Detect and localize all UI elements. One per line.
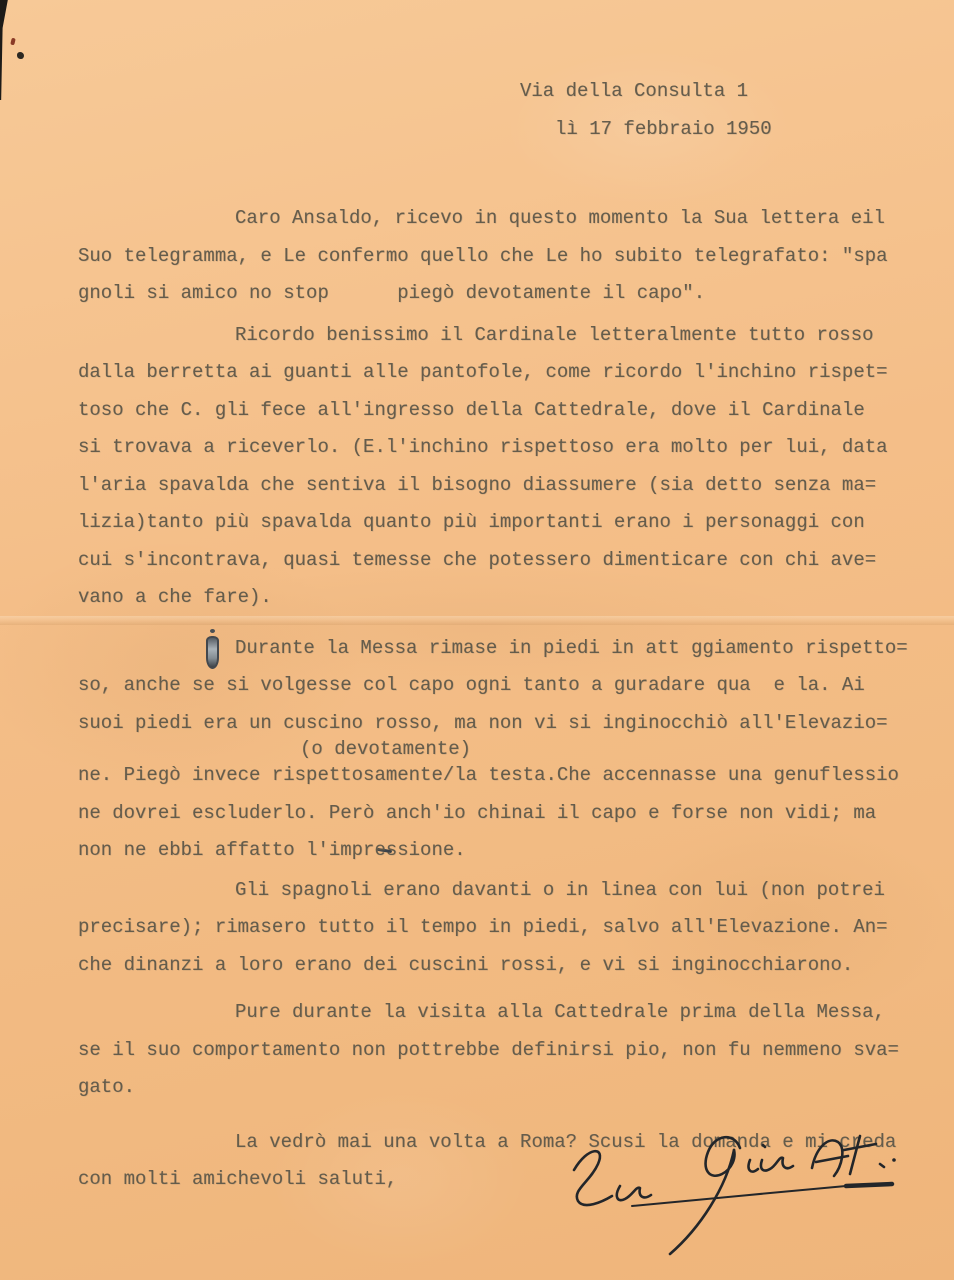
letter-line: toso che C. gli fece all'ingresso della … xyxy=(78,392,900,430)
paper-speck-red xyxy=(10,38,16,46)
letter-line: ne. Piegò invece rispettosamente/la test… xyxy=(78,757,900,795)
letter-line: Suo telegramma, e Le confermo quello che… xyxy=(78,238,900,276)
letter-line: Ricordo benissimo il Cardinale letteralm… xyxy=(78,317,900,355)
letter-line: suoi piedi era un cuscino rosso, ma non … xyxy=(78,705,900,743)
letter-date: lì 17 febbraio 1950 xyxy=(78,112,900,146)
handwritten-signature xyxy=(528,1112,918,1277)
letter-line: Caro Ansaldo, ricevo in questo momento l… xyxy=(78,200,900,238)
paragraph-1: Caro Ansaldo, ricevo in questo momento l… xyxy=(78,200,900,313)
letter-line: dalla berretta ai guanti alle pantofole,… xyxy=(78,354,900,392)
letter-line: si trovava a riceverlo. (E.l'inchino ris… xyxy=(78,429,900,467)
letter-line: lizia)tanto più spavalda quanto più impo… xyxy=(78,504,900,542)
letter-line: Pure durante la visita alla Cattedrale p… xyxy=(78,994,900,1032)
paragraph-2: Ricordo benissimo il Cardinale letteralm… xyxy=(78,317,900,617)
paragraph-3: Durante la Messa rimase in piedi in att … xyxy=(78,630,900,870)
paragraph-4: Gli spagnoli erano davanti o in linea co… xyxy=(78,872,900,985)
letter-line: non ne ebbi affatto l'impressione. xyxy=(78,832,900,870)
letter-line: gato. xyxy=(78,1069,900,1107)
letter-line: che dinanzi a loro erano dei cuscini ros… xyxy=(78,947,900,985)
paragraph-5: Pure durante la visita alla Cattedrale p… xyxy=(78,994,900,1107)
letter-line: l'aria spavalda che sentiva il bisogno d… xyxy=(78,467,900,505)
letter-line: Durante la Messa rimase in piedi in att … xyxy=(78,630,900,668)
paper-speck-dark xyxy=(17,52,24,59)
letter-line: se il suo comportamento non pottrebbe de… xyxy=(78,1032,900,1070)
interline-insertion: (o devotamente) xyxy=(78,742,900,757)
sender-address: Via della Consulta 1 xyxy=(78,74,900,108)
letter-line: ne dovrei escluderlo. Però anch'io china… xyxy=(78,795,900,833)
letter-line: gnoli si amico no stop piegò devotamente… xyxy=(78,275,900,313)
letter-line: precisare); rimasero tutto il tempo in p… xyxy=(78,909,900,947)
letter-page: Via della Consulta 1 lì 17 febbraio 1950… xyxy=(0,0,954,1280)
letter-line: so, anche se si volgesse col capo ogni t… xyxy=(78,667,900,705)
scan-edge-corner xyxy=(0,0,13,100)
letter-line: cui s'incontrava, quasi temesse che pote… xyxy=(78,542,900,580)
letter-body: Via della Consulta 1 lì 17 febbraio 1950… xyxy=(78,0,900,1199)
letter-line: Gli spagnoli erano davanti o in linea co… xyxy=(78,872,900,910)
letter-line: vano a che fare). xyxy=(78,579,900,617)
